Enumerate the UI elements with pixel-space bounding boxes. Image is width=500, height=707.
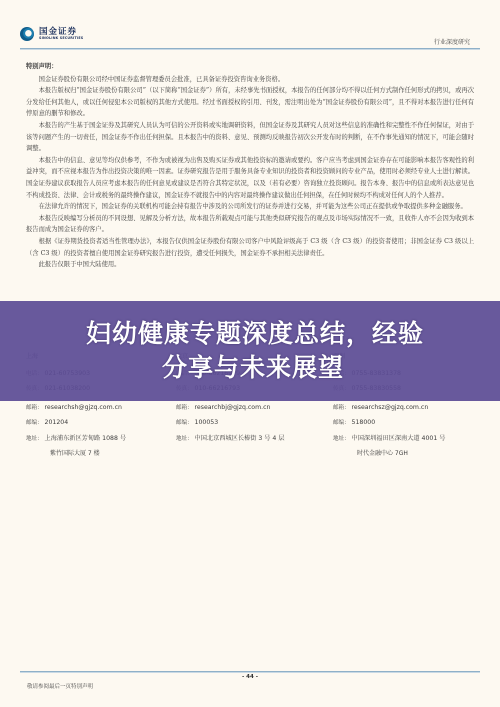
header-divider — [20, 48, 480, 49]
office-email: 邮箱：researchsh@gjzq.com.cn — [26, 403, 122, 411]
office-address-line2: 紫竹国际大厦 7 楼 — [50, 448, 100, 457]
document-page: 国金证券 SINOLINK SECURITIES 行业深度研究 特别声明： 国金… — [0, 0, 500, 707]
email-link[interactable]: researchbj@gjzq.com.cn — [195, 404, 271, 411]
disclaimer-paragraph: 国金证券股份有限公司经中国证券监督管理委员会批准，已具备证券投资咨询业务资格。 — [26, 74, 474, 86]
disclaimer-paragraph: 本报告版权归“国金证券股份有限公司”（以下简称“国金证券”）所有，未经事先书面授… — [26, 85, 474, 120]
disclaimer-paragraph: 本报告的产生基于国金证券及其研究人员认为可信的公开资料或实地调研资料，但国金证券… — [26, 120, 474, 155]
disclaimer-section: 特别声明： 国金证券股份有限公司经中国证券监督管理委员会批准，已具备证券投资咨询… — [26, 61, 474, 271]
office-address: 地址：上海浦东新区芳甸路 1088 号 — [26, 433, 126, 442]
disclaimer-title: 特别声明： — [26, 61, 474, 73]
email-link[interactable]: researchsz@gjzq.com.cn — [352, 404, 429, 411]
office-address: 地址：中国北京西城区长椿街 3 号 4 层 — [176, 433, 285, 442]
logo-mark-icon — [20, 27, 34, 41]
office-email: 邮箱：researchsz@gjzq.com.cn — [333, 403, 428, 411]
page-header: 国金证券 SINOLINK SECURITIES 行业深度研究 — [20, 27, 480, 49]
banner-title-line2: 分享与未来展望 — [162, 351, 344, 385]
office-postcode: 邮编：518000 — [333, 418, 375, 426]
office-address-line2: 时代金融中心 7GH — [357, 448, 408, 457]
company-logo: 国金证券 SINOLINK SECURITIES — [20, 27, 83, 41]
section-label: 行业深度研究 — [434, 37, 470, 46]
banner-title: 妇幼健康专题深度总结，经验 分享与未来展望 — [0, 301, 500, 401]
office-email: 邮箱：researchbj@gjzq.com.cn — [176, 403, 270, 411]
footer-divider — [20, 671, 480, 672]
disclaimer-paragraph: 根据《证券期货投资者适当性管理办法》，本报告仅供国金证券股份有限公司客户中风险评… — [26, 236, 474, 259]
disclaimer-paragraph: 本报告反映编写分析员的不同设想、见解及分析方法，故本报告所载观点可能与其他类似研… — [26, 213, 474, 236]
office-address: 地址：中国深圳福田区深南大道 4001 号 — [333, 433, 445, 442]
title-banner: 妇幼健康专题深度总结，经验 分享与未来展望 — [0, 301, 500, 401]
disclaimer-paragraph: 本报告中的信息、意见等均仅供参考，不作为或被视为出售及购买证券或其他投资标的邀请… — [26, 155, 474, 201]
logo-english-name: SINOLINK SECURITIES — [39, 37, 83, 40]
disclaimer-paragraph: 在法律允许的情况下，国金证券的关联机构可能会持有报告中涉及的公司所发行的证券并进… — [26, 201, 474, 213]
email-link[interactable]: researchsh@gjzq.com.cn — [45, 404, 122, 411]
logo-chinese-name: 国金证券 — [39, 28, 83, 37]
disclaimer-paragraph: 此报告仅限于中国大陆使用。 — [26, 259, 474, 271]
office-postcode: 邮编：201204 — [26, 418, 68, 426]
page-number: - 44 - — [0, 674, 500, 680]
banner-title-line1: 妇幼健康专题深度总结，经验 — [86, 317, 424, 351]
footer-note: 敬请参阅最后一页特别声明 — [27, 682, 93, 690]
office-postcode: 邮编：100053 — [176, 418, 218, 426]
